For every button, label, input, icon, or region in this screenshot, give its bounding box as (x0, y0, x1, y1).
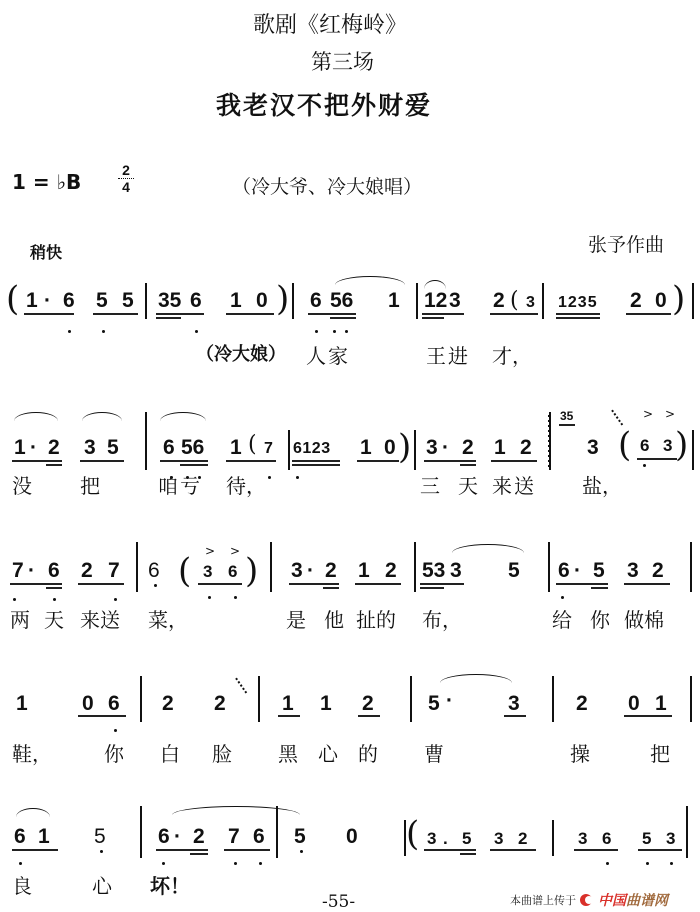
note: 1235 (558, 295, 598, 311)
note: 3 (494, 830, 503, 847)
time-signature: 2 4 (118, 163, 134, 194)
lyric: 操 (570, 744, 590, 764)
underline (224, 849, 270, 851)
low-dot (195, 330, 198, 333)
underline (556, 317, 600, 319)
lyric: 扯的 (356, 610, 396, 630)
note: 5 (294, 826, 306, 847)
note: 5 (642, 830, 651, 847)
barline (416, 283, 418, 319)
note: 1 (14, 437, 26, 458)
underline (556, 583, 608, 585)
note: 1 (26, 290, 38, 311)
underline (278, 715, 300, 717)
note: 3 (426, 437, 438, 458)
lyric: 是 (286, 610, 306, 630)
underline (638, 849, 682, 851)
underline (504, 715, 526, 717)
lyric: 鞋， (12, 744, 52, 764)
underline (160, 460, 208, 462)
lyric: 王进 (426, 346, 470, 366)
slur (440, 674, 512, 683)
barline (258, 676, 260, 722)
note: 2 (520, 437, 532, 458)
barline (145, 412, 147, 470)
note: 5 (96, 290, 108, 311)
low-dot (19, 862, 22, 865)
low-dot (102, 330, 105, 333)
barline (140, 806, 142, 858)
underline (330, 317, 356, 319)
note: 6 (558, 560, 570, 581)
note: 6123 (293, 441, 331, 457)
underline (156, 313, 204, 315)
note: 3 (578, 830, 587, 847)
watermark-text: 本曲谱上传于 (510, 892, 576, 908)
low-dot (13, 598, 16, 601)
low-dot (670, 862, 673, 865)
note: · (574, 560, 581, 581)
barline (136, 542, 138, 592)
note: 0 (256, 290, 268, 311)
low-dot (333, 330, 336, 333)
low-dot (345, 330, 348, 333)
note: 3 (291, 560, 303, 581)
paren-close: ) (276, 282, 289, 316)
lyric: 天 (44, 610, 64, 630)
barline (692, 283, 694, 319)
note: 2 (362, 693, 374, 714)
note: 1 (494, 437, 506, 458)
underline (420, 583, 464, 585)
note: 7 (12, 560, 24, 581)
low-dot (643, 464, 646, 467)
lyric: 才， (492, 346, 532, 366)
underline (624, 583, 670, 585)
note: 2 (81, 560, 93, 581)
underline (78, 583, 124, 585)
note: 2 (48, 437, 60, 458)
underline (460, 853, 476, 855)
page-number: -55- (322, 892, 355, 912)
note: · (28, 560, 35, 581)
note: 2 (630, 290, 642, 311)
lyric: 菜， (148, 610, 188, 630)
note: 5 (94, 826, 106, 847)
note: 5 (122, 290, 134, 311)
low-dot (300, 850, 303, 853)
accent-mark: > (230, 545, 240, 557)
underline (292, 464, 340, 466)
note: · (174, 826, 181, 847)
underline (80, 460, 124, 462)
scene-title: 第三场 (311, 46, 374, 76)
underline (226, 313, 274, 315)
lyric: 把 (80, 476, 100, 496)
note: 3 (450, 560, 462, 581)
note: 6 (63, 290, 75, 311)
note: 1 (282, 693, 294, 714)
lyric: 你 (104, 744, 124, 764)
underline (422, 313, 464, 315)
underline (198, 583, 242, 585)
note: 7 (228, 826, 240, 847)
note: 3 (526, 295, 535, 311)
note: · (307, 560, 314, 581)
barline (276, 806, 278, 858)
paren-close: ) (672, 282, 685, 316)
slur (160, 412, 206, 421)
low-dot (208, 596, 211, 599)
note: 6 (253, 826, 265, 847)
underline (12, 460, 62, 462)
note: 2 (162, 693, 174, 714)
underline (591, 587, 608, 589)
underline (226, 460, 276, 462)
note: 0 (628, 693, 640, 714)
lyric: 你 (590, 610, 610, 630)
barline (686, 806, 688, 858)
paren-open: ( (6, 282, 19, 316)
lyric: 把 (650, 744, 670, 764)
note: 2 (325, 560, 337, 581)
underline (46, 464, 62, 466)
slur (452, 544, 524, 553)
accent-mark: > (665, 408, 675, 420)
lyric: 给 (552, 610, 572, 630)
note: 3 (587, 437, 599, 458)
underline (491, 460, 537, 462)
barline (548, 542, 550, 592)
paren-open: ( (618, 428, 631, 462)
note: 3 (84, 437, 96, 458)
glissando-mark (611, 408, 625, 425)
paren-open: ( (248, 434, 257, 456)
note: 2 (385, 560, 397, 581)
note: 0 (655, 290, 667, 311)
barline (414, 542, 416, 592)
site-name-part1: 中国 (598, 890, 626, 910)
note: 0 (82, 693, 94, 714)
note: 0 (346, 826, 358, 847)
note: 5 (428, 693, 440, 714)
low-dot (154, 584, 157, 587)
note: 3 (663, 437, 672, 454)
underline (308, 313, 356, 315)
underline (78, 715, 126, 717)
lyric: 白 (160, 744, 180, 764)
note: 2 (652, 560, 664, 581)
barline (542, 283, 544, 319)
note: 1 (358, 560, 370, 581)
note: · (442, 437, 449, 458)
paren-close: ) (398, 430, 411, 464)
note: 53 (422, 560, 445, 581)
lyric: 脸 (212, 744, 232, 764)
slur (424, 280, 446, 289)
slur (82, 412, 122, 421)
low-dot (606, 862, 609, 865)
note: 5 (462, 830, 471, 847)
underline (323, 587, 339, 589)
underline (637, 458, 677, 460)
low-dot (315, 330, 318, 333)
low-dot (296, 476, 299, 479)
note: 1 (320, 693, 332, 714)
time-sig-denominator: 4 (118, 180, 134, 194)
accent-mark: > (205, 545, 215, 557)
note: 12 (424, 290, 447, 311)
note: . (443, 830, 448, 847)
note: 56 (330, 290, 353, 311)
lyric: 的 (358, 744, 378, 764)
barline (690, 676, 692, 722)
underline (10, 583, 62, 585)
lyric: 人家 (306, 346, 350, 366)
key-signature: 1 = ♭B (12, 170, 81, 194)
lyric: 坏！ (150, 876, 190, 896)
lyric: 黑 (278, 744, 298, 764)
underline (424, 849, 476, 851)
lyric: 曹 (424, 744, 444, 764)
underline (46, 587, 62, 589)
note: 2 (518, 830, 527, 847)
barline (145, 283, 147, 319)
note: · (30, 437, 37, 458)
barline (548, 412, 551, 470)
low-dot (53, 598, 56, 601)
site-name-part2: 曲谱网 (626, 890, 668, 910)
lyric: 没 (12, 476, 32, 496)
watermark: 本曲谱上传于 中国曲谱网 (510, 890, 668, 910)
lyric: 他 (324, 610, 344, 630)
low-dot (234, 596, 237, 599)
note: · (446, 690, 453, 711)
underline (190, 853, 208, 855)
accent-mark: > (643, 408, 653, 420)
note: 35 (158, 290, 181, 311)
underline (556, 313, 600, 315)
underline (422, 317, 444, 319)
time-sig-numerator: 2 (118, 163, 134, 177)
underline (355, 583, 401, 585)
lyric: 天 (458, 476, 478, 496)
note: 6 (640, 437, 649, 454)
lyric: 布， (422, 610, 462, 630)
low-dot (68, 330, 71, 333)
note: 1 (16, 693, 28, 714)
lyric: 心 (318, 744, 338, 764)
note: 3 (627, 560, 639, 581)
barline (414, 430, 416, 470)
underline (490, 313, 538, 315)
lyric: （冷大娘） (196, 346, 286, 364)
note: 1 (230, 437, 242, 458)
barline (410, 676, 412, 722)
lyric: 咱亏 (158, 476, 202, 496)
slur (14, 412, 58, 421)
low-dot (114, 598, 117, 601)
barline (270, 542, 272, 592)
lyric: 待， (226, 476, 266, 496)
lyric: 来送 (80, 610, 120, 630)
note: 1 (388, 290, 400, 311)
underline (626, 313, 671, 315)
paren-open: ( (406, 817, 419, 851)
low-dot (100, 850, 103, 853)
low-dot (114, 729, 117, 732)
paren-open: ( (178, 554, 191, 588)
underline (292, 460, 340, 462)
barline (552, 676, 554, 722)
note: 1 (655, 693, 667, 714)
low-dot (234, 862, 237, 865)
underline (559, 424, 575, 426)
note: 5 (593, 560, 605, 581)
note: 6 (190, 290, 202, 311)
lyric: 做棉 (624, 610, 664, 630)
note: 1 (230, 290, 242, 311)
paren-close: ) (245, 554, 258, 588)
underline (180, 464, 208, 466)
song-title: 我老汉不把外财爱 (216, 86, 432, 122)
note: 7 (264, 441, 273, 457)
barline (288, 430, 290, 470)
note: 2 (576, 693, 588, 714)
note: · (44, 290, 51, 311)
note: 2 (493, 290, 505, 311)
note: 6 (163, 437, 175, 458)
note: 7 (108, 560, 120, 581)
barline (552, 820, 554, 856)
barline (292, 283, 294, 319)
underline (490, 849, 536, 851)
barline (140, 676, 142, 722)
note: 1 (360, 437, 372, 458)
note: 3 (203, 563, 212, 580)
lyric: 两 (10, 610, 30, 630)
singers-note: （冷大爷、冷大娘唱） (232, 172, 422, 199)
note: 3 (427, 830, 436, 847)
note: 6 (108, 693, 120, 714)
slur (335, 276, 405, 285)
low-dot (259, 862, 262, 865)
slur (172, 806, 300, 815)
note: 2 (214, 693, 226, 714)
opera-title: 歌剧《红梅岭》 (253, 8, 407, 39)
underline (624, 715, 672, 717)
barline (690, 542, 692, 592)
note: 3 (508, 693, 520, 714)
note: 6 (48, 560, 60, 581)
lyric: 三 (420, 476, 440, 496)
underline (289, 583, 339, 585)
underline (420, 587, 444, 589)
paren-open: ( (510, 290, 519, 312)
underline (357, 460, 399, 462)
underline (574, 849, 618, 851)
paren-close: ) (675, 428, 688, 462)
glissando-mark (235, 676, 249, 693)
note: 6 (148, 560, 160, 581)
note: 1 (38, 826, 50, 847)
note: 5 (508, 560, 520, 581)
underline (156, 317, 181, 319)
note: 6 (14, 826, 26, 847)
note: 2 (193, 826, 205, 847)
low-dot (162, 862, 165, 865)
underline (12, 849, 58, 851)
grace-notes: 35 (560, 410, 573, 422)
underline (424, 460, 476, 462)
underline (93, 313, 138, 315)
note: 2 (462, 437, 474, 458)
note: 56 (181, 437, 204, 458)
note: 0 (384, 437, 396, 458)
underline (24, 313, 74, 315)
note: 6 (158, 826, 170, 847)
lyric: 盐， (582, 476, 622, 496)
low-dot (646, 862, 649, 865)
composer-credit: 张予作曲 (588, 230, 664, 257)
slur (16, 808, 50, 817)
site-logo-icon (580, 894, 594, 907)
barline (692, 430, 694, 470)
underline (358, 715, 380, 717)
note: 3 (666, 830, 675, 847)
note: 6 (310, 290, 322, 311)
lyric: 来送 (492, 476, 536, 496)
underline (460, 464, 476, 466)
low-dot (268, 476, 271, 479)
lyric: 心 (92, 876, 112, 896)
note: 6 (602, 830, 611, 847)
note: 6 (228, 563, 237, 580)
note: 5 (107, 437, 119, 458)
lyric: 良 (12, 876, 32, 896)
low-dot (561, 596, 564, 599)
underline (156, 849, 208, 851)
note: 3 (449, 290, 461, 311)
tempo-marking: 稍快 (30, 240, 62, 263)
